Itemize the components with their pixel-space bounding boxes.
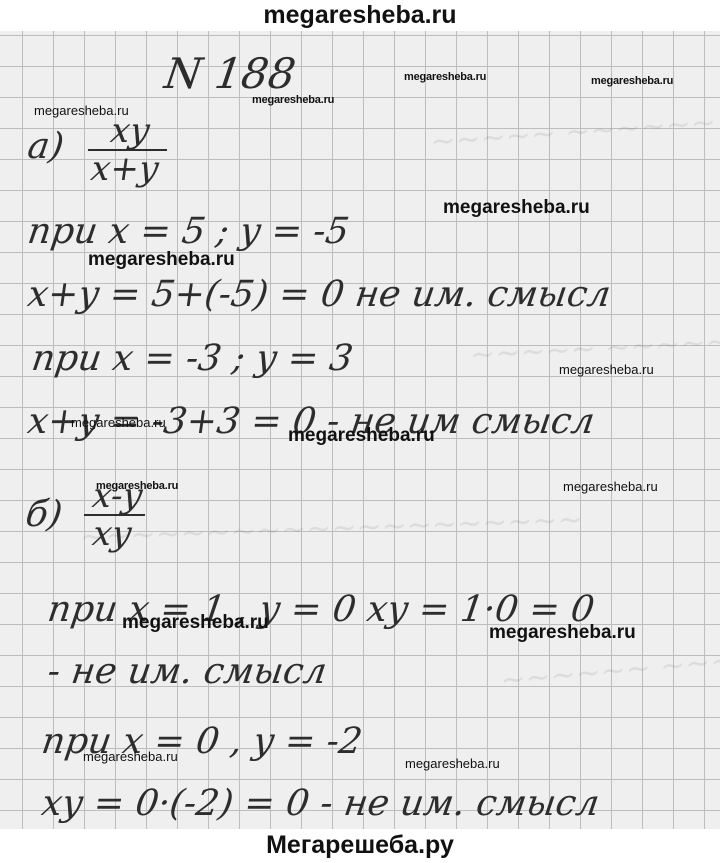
watermark: megaresheba.ru xyxy=(34,103,129,118)
bleed-through-text: ~~~~~~~~~~~~~~~~~~~~ xyxy=(80,502,584,555)
watermark: megaresheba.ru xyxy=(405,756,500,771)
watermark: megaresheba.ru xyxy=(404,71,486,83)
bleed-through-text: ~~~~~~ ~~~~~ xyxy=(499,639,720,699)
watermark: megaresheba.ru xyxy=(252,94,334,106)
watermark: megaresheba.ru xyxy=(559,362,654,377)
fraction-denominator: xy xyxy=(84,516,139,552)
watermark: megaresheba.ru xyxy=(83,749,178,764)
site-footer-watermark: Мегарешеба.ру xyxy=(0,829,720,863)
part-a-line-1: при x = 5 ; y = -5 xyxy=(25,211,351,252)
watermark: megaresheba.ru xyxy=(88,249,235,271)
watermark: megaresheba.ru xyxy=(288,425,435,447)
watermark: megaresheba.ru xyxy=(71,415,166,430)
watermark: megaresheba.ru xyxy=(563,479,658,494)
fraction-numerator: xy xyxy=(102,113,157,149)
watermark: megaresheba.ru xyxy=(443,197,590,219)
part-a-line-3: при x = -3 ; y = 3 xyxy=(29,338,355,379)
part-b-line-2: - не им. смысл xyxy=(45,651,329,692)
part-b-label: б) xyxy=(23,494,65,535)
watermark: megaresheba.ru xyxy=(96,480,178,492)
site-header-watermark: megaresheba.ru xyxy=(0,0,720,31)
bleed-through-text: ~~~~~ ~~~~~~ ~~~~ xyxy=(429,97,720,160)
watermark: megaresheba.ru xyxy=(122,612,269,634)
problem-number: N 188 xyxy=(162,49,299,98)
notebook-page: ~~~~~ ~~~~~~ ~~~~ ~~~~~ ~~~~~ ~~~~~~~~~~… xyxy=(0,31,720,829)
part-a-line-2: x+y = 5+(-5) = 0 не им. смысл xyxy=(25,274,613,315)
part-a-fraction: xy x+y xyxy=(83,113,172,187)
watermark: megaresheba.ru xyxy=(591,75,673,87)
part-b-line-4: xy = 0·(-2) = 0 - не им. смысл xyxy=(39,783,602,824)
fraction-denominator: x+y xyxy=(83,151,167,187)
part-a-label: а) xyxy=(25,126,66,167)
watermark: megaresheba.ru xyxy=(489,622,636,644)
